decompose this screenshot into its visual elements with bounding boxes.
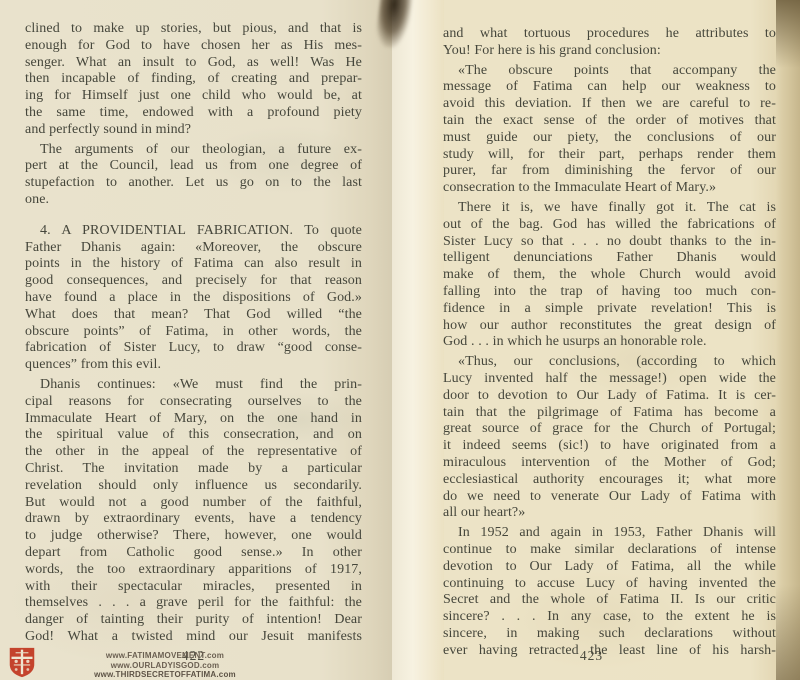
text-line: Secret and the whole of Fatima II. Is ou… xyxy=(443,592,776,609)
text-line: stupefaction to another. Let us go on to… xyxy=(25,175,362,192)
text-line: sincere? . . . In any case, to the exten… xyxy=(443,609,776,626)
text-line: it indeed seems (sic!) to have originate… xyxy=(443,438,776,455)
text-line: What does that mean? That God willed “th… xyxy=(25,307,362,324)
text-line: God . . . in which he usurps an honorabl… xyxy=(443,334,776,351)
text-line: must guide our piety, the conclusions of… xyxy=(443,130,776,147)
text-line: Immaculate Heart of Mary, on the one han… xyxy=(25,411,362,428)
text-line: and what tortuous procedures he attribut… xyxy=(443,26,776,43)
paragraph: In 1952 and again in 1953, Father Dhanis… xyxy=(443,525,776,659)
text-line: then incapable of finding, of creating a… xyxy=(25,71,362,88)
text-line: ecclesiastical authority encourages it; … xyxy=(443,472,776,489)
text-line: how our author reconstitutes the great d… xyxy=(443,318,776,335)
text-line: to judge otherwise? There, however, one … xyxy=(25,528,362,545)
text-line: the same time, endowed with a profound p… xyxy=(25,105,362,122)
text-line: the spiritual value of this consecration… xyxy=(25,427,362,444)
text-line: points in the history of Fatima can also… xyxy=(25,256,362,273)
text-line: In 1952 and again in 1953, Father Dhanis… xyxy=(443,525,776,542)
text-line: «Thus, our conclusions, (according to wh… xyxy=(443,354,776,371)
text-line: ing for Himself just one child who would… xyxy=(25,88,362,105)
text-line: telligent denunciations Father Dhanis wo… xyxy=(443,250,776,267)
text-line: danger of tainting their purity of inten… xyxy=(25,612,362,629)
text-line: have found a place in the dispositions o… xyxy=(25,290,362,307)
paragraph: «Thus, our conclusions, (according to wh… xyxy=(443,354,776,522)
paragraph: clined to make up stories, but pious, an… xyxy=(25,21,362,139)
text-line: God! What a twisted mind our Jesuit mani… xyxy=(25,629,362,646)
paragraph: The arguments of our theologian, a futur… xyxy=(25,142,362,209)
text-line: tain the exact sense of the order of mot… xyxy=(443,113,776,130)
text-line: Lucy invented half the message!) open wi… xyxy=(443,371,776,388)
text-line: and perfectly sound in mind? xyxy=(25,122,362,139)
text-line: words, the too extraordinary apparitions… xyxy=(25,562,362,579)
text-line: with their spectacular miracles, present… xyxy=(25,579,362,596)
text-line: study will, for their part, perhaps rend… xyxy=(443,147,776,164)
text-line: great source of grace for the Church of … xyxy=(443,421,776,438)
text-line: tain that the pilgrimage of Fatima has b… xyxy=(443,405,776,422)
text-line: pert at the Council, lead us from one de… xyxy=(25,158,362,175)
text-line: obscure points” of Fatima, in other word… xyxy=(25,324,362,341)
text-line: Father Dhanis again: «Moreover, the obsc… xyxy=(25,240,362,257)
text-line: 4. A PROVIDENTIAL FABRICATION. To quote xyxy=(25,223,362,240)
text-line: quences” from this evil. xyxy=(25,357,362,374)
text-line: one. xyxy=(25,192,362,209)
text-line: There it is, we have finally got it. The… xyxy=(443,200,776,217)
page-edge-right xyxy=(776,0,800,680)
text-line: make of them, the whole Church would avo… xyxy=(443,267,776,284)
paragraph: There it is, we have finally got it. The… xyxy=(443,200,776,351)
watermark-link: www.THIRDSECRETOFFATIMA.com xyxy=(80,670,250,680)
text-line: senger. What an insult to God, as well! … xyxy=(25,55,362,72)
text-line: falling into the trap of having too much… xyxy=(443,284,776,301)
text-line: good consequences, and precisely for tha… xyxy=(25,273,362,290)
text-line: message of Fatima can help our weakness … xyxy=(443,79,776,96)
paragraph: and what tortuous procedures he attribut… xyxy=(443,26,776,60)
text-line: The arguments of our theologian, a futur… xyxy=(25,142,362,159)
text-line: revelation should only influence us seco… xyxy=(25,478,362,495)
right-page-number: 423 xyxy=(425,648,758,664)
watermark-links: www.FATIMAMOVEMENT.com www.OURLADYISGOD.… xyxy=(80,651,250,680)
watermark: www.FATIMAMOVEMENT.com www.OURLADYISGOD.… xyxy=(6,645,256,680)
text-line: continuing to accuse Lucy of having inve… xyxy=(443,576,776,593)
text-line: You! For here is his grand conclusion: xyxy=(443,43,776,60)
text-line: depart from Catholic good sense.» In oth… xyxy=(25,545,362,562)
text-line: out of the bag. God has willed the fabri… xyxy=(443,217,776,234)
text-line: sincere, in making such declarations wit… xyxy=(443,626,776,643)
text-line: But would not a good number of the faith… xyxy=(25,495,362,512)
left-page-text: clined to make up stories, but pious, an… xyxy=(25,21,362,646)
text-line: enough for God to have chosen her as His… xyxy=(25,38,362,55)
text-line: continue to make similar declarations of… xyxy=(443,542,776,559)
text-line: avoid this deviation. If then we are car… xyxy=(443,96,776,113)
book-gutter xyxy=(392,0,444,680)
paragraph: «The obscure points that accompany theme… xyxy=(443,63,776,197)
text-line: Dhanis continues: «We must find the prin… xyxy=(25,377,362,394)
text-line: Sister Lucy so that . . . no doubt thank… xyxy=(443,234,776,251)
watermark-link: www.OURLADYISGOD.com xyxy=(80,661,250,671)
crest-logo-icon xyxy=(8,647,36,678)
text-line: purer, far from diminishing the fervor o… xyxy=(443,163,776,180)
text-line: themselves . . . a grave peril for the f… xyxy=(25,595,362,612)
text-line: miraculous intervention of the Mother of… xyxy=(443,455,776,472)
text-line: all our heart?» xyxy=(443,505,776,522)
text-line: cipal reasons for consecrating ourselves… xyxy=(25,394,362,411)
paragraph: Dhanis continues: «We must find the prin… xyxy=(25,377,362,646)
right-page-text: and what tortuous procedures he attribut… xyxy=(443,26,776,659)
text-line: consecration to the Immaculate Heart of … xyxy=(443,180,776,197)
text-line: fidence in a simple private revelation! … xyxy=(443,301,776,318)
text-line: the other in the appeal of the represent… xyxy=(25,444,362,461)
text-line: clined to make up stories, but pious, an… xyxy=(25,21,362,38)
text-line: «The obscure points that accompany the xyxy=(443,63,776,80)
text-line: Christ. The invitation made by a particu… xyxy=(25,461,362,478)
paragraph: 4. A PROVIDENTIAL FABRICATION. To quoteF… xyxy=(25,223,362,374)
watermark-link: www.FATIMAMOVEMENT.com xyxy=(80,651,250,661)
text-line: drawn by extraordinary events, have a te… xyxy=(25,511,362,528)
text-line: devotion to Our Lady of Fatima, all the … xyxy=(443,559,776,576)
text-line: do we need to venerate Our Lady of Fatim… xyxy=(443,489,776,506)
text-line: fabrication of Sister Lucy, to draw “goo… xyxy=(25,340,362,357)
text-line: door to devotion to Our Lady of Fatima. … xyxy=(443,388,776,405)
